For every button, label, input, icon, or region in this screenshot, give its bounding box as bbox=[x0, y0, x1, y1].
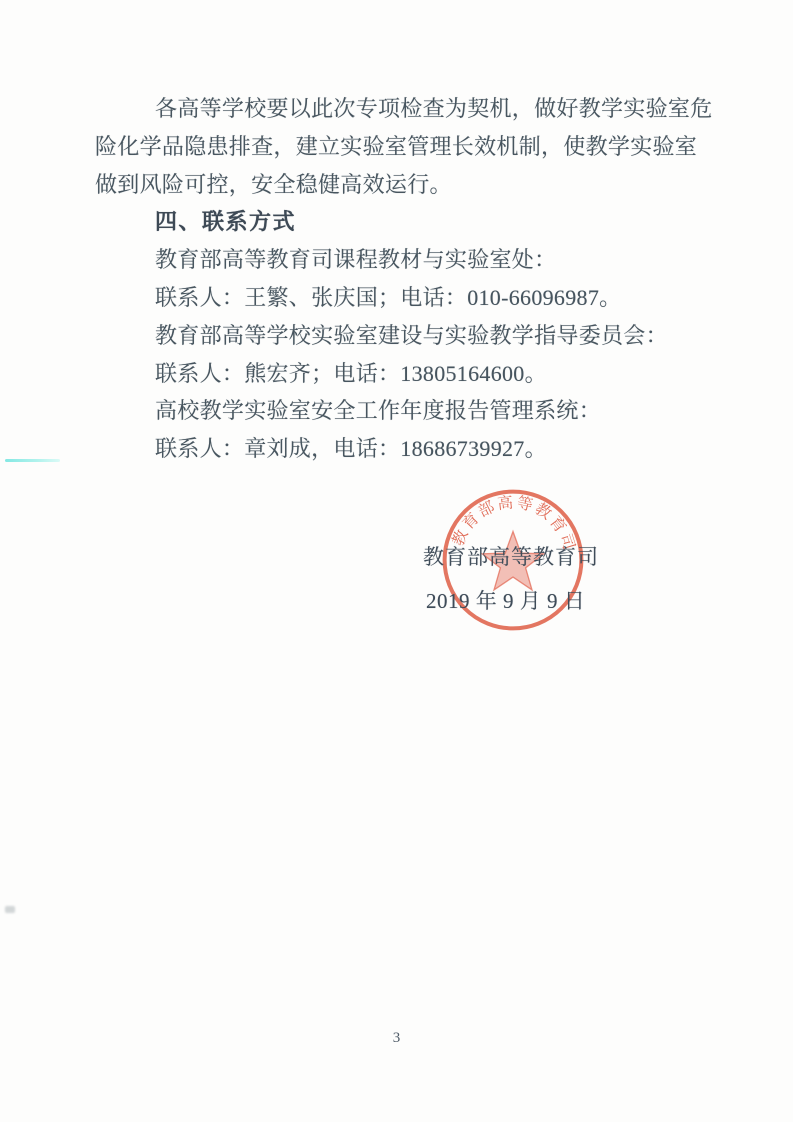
contact-line-phone: 联系人：熊宏齐；电话：13805164600。 bbox=[95, 355, 710, 393]
contact-line-committee: 教育部高等学校实验室建设与实验教学指导委员会： bbox=[95, 317, 710, 355]
section-heading-contact-info: 四、联系方式 bbox=[95, 203, 710, 241]
signature-org: 教育部高等教育司 bbox=[423, 541, 623, 571]
contact-line-phone: 联系人：章刘成，电话：18686739927。 bbox=[95, 430, 710, 468]
scan-artifact-speck bbox=[5, 906, 15, 913]
signature-date: 2019 年 9 月 9 日 bbox=[426, 585, 623, 615]
paragraph-line: 各高等学校要以此次专项检查为契机，做好教学实验室危 bbox=[95, 90, 710, 128]
signature-block: 教育部高等教育司 2019 年 9 月 9 日 bbox=[423, 541, 623, 615]
contact-line-phone: 联系人：王繁、张庆国；电话：010-66096987。 bbox=[95, 279, 710, 317]
document-page: 各高等学校要以此次专项检查为契机，做好教学实验室危 险化学品隐患排查，建立实验室… bbox=[0, 0, 793, 1122]
page-number: 3 bbox=[0, 1030, 793, 1047]
paragraph-line: 做到风险可控，安全稳健高效运行。 bbox=[95, 166, 710, 204]
paragraph-line: 险化学品隐患排查，建立实验室管理长效机制，使教学实验室 bbox=[95, 128, 710, 166]
document-body: 各高等学校要以此次专项检查为契机，做好教学实验室危 险化学品隐患排查，建立实验室… bbox=[95, 90, 710, 468]
contact-line-system: 高校教学实验室安全工作年度报告管理系统： bbox=[95, 392, 710, 430]
contact-line-department: 教育部高等教育司课程教材与实验室处： bbox=[95, 241, 710, 279]
scan-artifact-cyan-line bbox=[5, 459, 60, 462]
